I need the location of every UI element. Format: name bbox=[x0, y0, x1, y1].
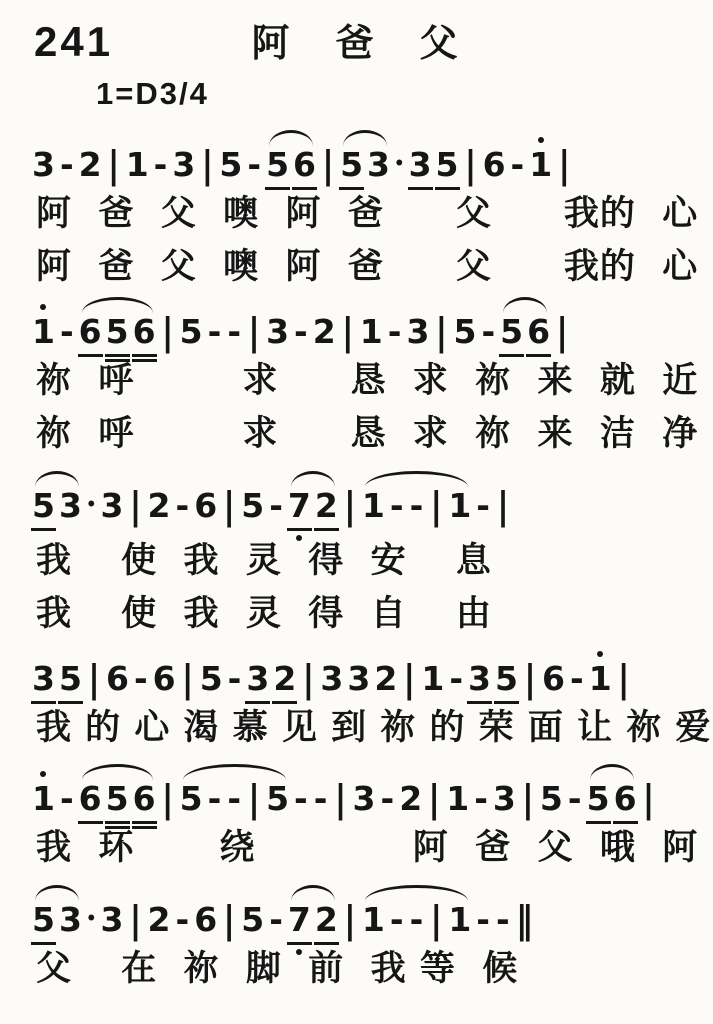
slur-arc: 56 bbox=[264, 145, 318, 185]
sheet-header: 241 阿 爸 父 1=D3/4 bbox=[0, 0, 713, 126]
barline: | bbox=[162, 776, 174, 821]
note-1: 1 bbox=[362, 900, 385, 940]
barline: | bbox=[223, 483, 235, 528]
slur-arc: 1--|1 bbox=[360, 900, 473, 940]
note-1: 1 bbox=[589, 659, 612, 699]
note-5: 5 bbox=[180, 312, 203, 352]
music-line-2: 1-656|5--|3-2|1-3|5-56| bbox=[0, 294, 713, 355]
note-3: 3 bbox=[32, 659, 55, 699]
note-5: 5 bbox=[241, 486, 264, 526]
duration-dash: - bbox=[227, 312, 241, 352]
note-6: 6 bbox=[133, 312, 156, 352]
barline: | bbox=[618, 656, 630, 701]
hymn-sheet: 241 阿 爸 父 1=D3/4 3-2|1-3|5-56|53•35|6-1|… bbox=[0, 0, 713, 1024]
barline: | bbox=[322, 143, 334, 188]
barline: | bbox=[465, 143, 477, 188]
music-line-5: 1-656|5--|5--|3-2|1-3|5-56| bbox=[0, 761, 713, 822]
music-line-3: 53•3|2-6|5-72|1--|1-| bbox=[0, 467, 713, 529]
note-6: 6 bbox=[194, 900, 217, 940]
barline: | bbox=[108, 143, 120, 188]
duration-dash: - bbox=[449, 659, 463, 699]
barline: | bbox=[435, 310, 447, 355]
barline: | bbox=[302, 656, 314, 701]
note-6: 6 bbox=[483, 145, 506, 185]
slur-arc: 72 bbox=[286, 486, 340, 526]
note-7: 7 bbox=[288, 486, 311, 526]
lyric-row-2: 阿 爸 父 噢 阿 爸 父 我的 心 向 bbox=[0, 241, 713, 294]
duration-dash: - bbox=[570, 659, 584, 699]
note-5: 5 bbox=[266, 779, 289, 819]
song-title: 阿 爸 父 bbox=[0, 12, 713, 67]
note-3: 3 bbox=[353, 779, 376, 819]
duration-dash: - bbox=[227, 779, 241, 819]
duration-dash: - bbox=[294, 779, 308, 819]
note-6: 6 bbox=[79, 312, 102, 352]
note-2: 2 bbox=[399, 779, 422, 819]
note-6: 6 bbox=[542, 659, 565, 699]
note-6: 6 bbox=[527, 312, 550, 352]
note-3: 3 bbox=[100, 486, 123, 526]
augmentation-dot: • bbox=[394, 144, 405, 184]
duration-dash: - bbox=[60, 312, 74, 352]
note-2: 2 bbox=[148, 900, 171, 940]
slur-arc: 56 bbox=[585, 779, 639, 819]
duration-dash: - bbox=[60, 145, 74, 185]
duration-dash: - bbox=[208, 779, 222, 819]
note-3: 3 bbox=[172, 145, 195, 185]
note-1: 1 bbox=[126, 145, 149, 185]
lyric-row-8: 我 环 绕 阿 爸 父 哦 阿 爸 bbox=[0, 822, 713, 875]
barline: | bbox=[344, 897, 356, 942]
note-2: 2 bbox=[79, 145, 102, 185]
duration-dash: - bbox=[568, 779, 582, 819]
augmentation-dot: • bbox=[86, 899, 97, 939]
duration-dash: - bbox=[496, 900, 510, 940]
note-5: 5 bbox=[59, 659, 82, 699]
note-5: 5 bbox=[180, 779, 203, 819]
note-7: 7 bbox=[288, 900, 311, 940]
duration-dash: - bbox=[410, 900, 424, 940]
lyric-row-1: 阿 爸 父 噢 阿 爸 父 我的 心 向 bbox=[0, 188, 713, 241]
barline: | bbox=[223, 897, 235, 942]
note-5: 5 bbox=[106, 312, 129, 352]
duration-dash: - bbox=[175, 486, 189, 526]
duration-dash: - bbox=[247, 145, 261, 185]
barline: | bbox=[558, 143, 570, 188]
barline: | bbox=[201, 143, 213, 188]
note-5: 5 bbox=[340, 145, 363, 185]
duration-dash: - bbox=[476, 900, 490, 940]
duration-dash: - bbox=[228, 659, 242, 699]
note-2: 2 bbox=[313, 312, 336, 352]
barline: | bbox=[129, 483, 141, 528]
duration-dash: - bbox=[390, 900, 404, 940]
duration-dash: - bbox=[380, 779, 394, 819]
lyric-row-4: 祢 呼 求 恳 求 祢 来 洁 净 bbox=[0, 408, 713, 461]
barline: | bbox=[182, 656, 194, 701]
barline: | bbox=[428, 776, 440, 821]
note-3: 3 bbox=[100, 900, 123, 940]
note-6: 6 bbox=[153, 659, 176, 699]
note-5: 5 bbox=[106, 779, 129, 819]
barline: | bbox=[403, 656, 415, 701]
slur-arc: 56 bbox=[498, 312, 552, 352]
note-3: 3 bbox=[59, 486, 82, 526]
music-line-4: 35|6-6|5-32|332|1-35|6-1| bbox=[0, 641, 713, 702]
note-3: 3 bbox=[406, 312, 429, 352]
note-5: 5 bbox=[266, 145, 289, 185]
note-3: 3 bbox=[468, 659, 491, 699]
barline: | bbox=[344, 483, 356, 528]
duration-dash: - bbox=[388, 312, 402, 352]
barline: | bbox=[162, 310, 174, 355]
note-2: 2 bbox=[315, 486, 338, 526]
barline: | bbox=[342, 310, 354, 355]
barline: | bbox=[643, 776, 655, 821]
note-6: 6 bbox=[614, 779, 637, 819]
note-1: 1 bbox=[529, 145, 552, 185]
slur-arc: 656 bbox=[77, 779, 158, 819]
duration-dash: - bbox=[269, 900, 283, 940]
note-5: 5 bbox=[241, 900, 264, 940]
note-1: 1 bbox=[448, 900, 471, 940]
note-1: 1 bbox=[32, 312, 55, 352]
note-1: 1 bbox=[446, 779, 469, 819]
duration-dash: - bbox=[175, 900, 189, 940]
barline: | bbox=[430, 483, 442, 528]
duration-dash: - bbox=[269, 486, 283, 526]
augmentation-dot: • bbox=[86, 485, 97, 525]
note-5: 5 bbox=[32, 900, 55, 940]
note-5: 5 bbox=[32, 486, 55, 526]
barline: | bbox=[430, 897, 442, 942]
lyric-row-3: 祢 呼 求 恳 求 祢 来 就 近 bbox=[0, 355, 713, 408]
lyric-row-6: 我 使 我 灵 得 自 由 bbox=[0, 588, 713, 641]
slur-arc: 1--|1 bbox=[360, 486, 473, 526]
barline: | bbox=[497, 483, 509, 528]
note-5: 5 bbox=[500, 312, 523, 352]
note-6: 6 bbox=[293, 145, 316, 185]
duration-dash: - bbox=[154, 145, 168, 185]
barline: | bbox=[524, 656, 536, 701]
duration-dash: - bbox=[476, 486, 490, 526]
slur-arc: 53 bbox=[30, 486, 84, 526]
note-3: 3 bbox=[32, 145, 55, 185]
note-5: 5 bbox=[200, 659, 223, 699]
barline: | bbox=[556, 310, 568, 355]
barline: | bbox=[248, 310, 260, 355]
note-3: 3 bbox=[409, 145, 432, 185]
note-2: 2 bbox=[148, 486, 171, 526]
duration-dash: - bbox=[410, 486, 424, 526]
note-1: 1 bbox=[32, 779, 55, 819]
note-1: 1 bbox=[448, 486, 471, 526]
note-3: 3 bbox=[246, 659, 269, 699]
duration-dash: - bbox=[60, 779, 74, 819]
barline: | bbox=[334, 776, 346, 821]
note-3: 3 bbox=[320, 659, 343, 699]
note-6: 6 bbox=[194, 486, 217, 526]
note-3: 3 bbox=[367, 145, 390, 185]
slur-arc: 53 bbox=[30, 900, 84, 940]
note-5: 5 bbox=[436, 145, 459, 185]
duration-dash: - bbox=[481, 312, 495, 352]
note-2: 2 bbox=[315, 900, 338, 940]
note-5: 5 bbox=[540, 779, 563, 819]
note-5: 5 bbox=[453, 312, 476, 352]
note-3: 3 bbox=[266, 312, 289, 352]
slur-arc: 5--|5 bbox=[178, 779, 291, 819]
note-5: 5 bbox=[587, 779, 610, 819]
barline: | bbox=[88, 656, 100, 701]
duration-dash: - bbox=[314, 779, 328, 819]
lyric-row-7: 我 的 心 渴 慕 见 到 祢 的 荣 面 让 祢 爱 将 bbox=[0, 702, 713, 755]
duration-dash: - bbox=[208, 312, 222, 352]
lyric-row-9: 父 在 祢 脚 前 我 等 候 bbox=[0, 943, 713, 996]
lyric-row-5: 我 使 我 灵 得 安 息 bbox=[0, 535, 713, 588]
slur-arc: 53 bbox=[338, 145, 392, 185]
note-1: 1 bbox=[360, 312, 383, 352]
note-1: 1 bbox=[362, 486, 385, 526]
barline: | bbox=[522, 776, 534, 821]
music-line-1: 3-2|1-3|5-56|53•35|6-1| bbox=[0, 126, 713, 188]
note-1: 1 bbox=[421, 659, 444, 699]
key-time-signature: 1=D3/4 bbox=[96, 76, 209, 112]
note-3: 3 bbox=[59, 900, 82, 940]
barline: | bbox=[248, 776, 260, 821]
note-6: 6 bbox=[79, 779, 102, 819]
slur-arc: 656 bbox=[77, 312, 158, 352]
duration-dash: - bbox=[511, 145, 525, 185]
note-3: 3 bbox=[493, 779, 516, 819]
duration-dash: - bbox=[134, 659, 148, 699]
duration-dash: - bbox=[294, 312, 308, 352]
note-5: 5 bbox=[495, 659, 518, 699]
duration-dash: - bbox=[390, 486, 404, 526]
note-2: 2 bbox=[273, 659, 296, 699]
final-barline: || bbox=[516, 897, 528, 942]
music-line-6: 53•3|2-6|5-72|1--|1--|| bbox=[0, 881, 713, 943]
note-3: 3 bbox=[347, 659, 370, 699]
note-2: 2 bbox=[374, 659, 397, 699]
note-6: 6 bbox=[133, 779, 156, 819]
note-5: 5 bbox=[219, 145, 242, 185]
slur-arc: 72 bbox=[286, 900, 340, 940]
note-6: 6 bbox=[106, 659, 129, 699]
barline: | bbox=[129, 897, 141, 942]
duration-dash: - bbox=[474, 779, 488, 819]
